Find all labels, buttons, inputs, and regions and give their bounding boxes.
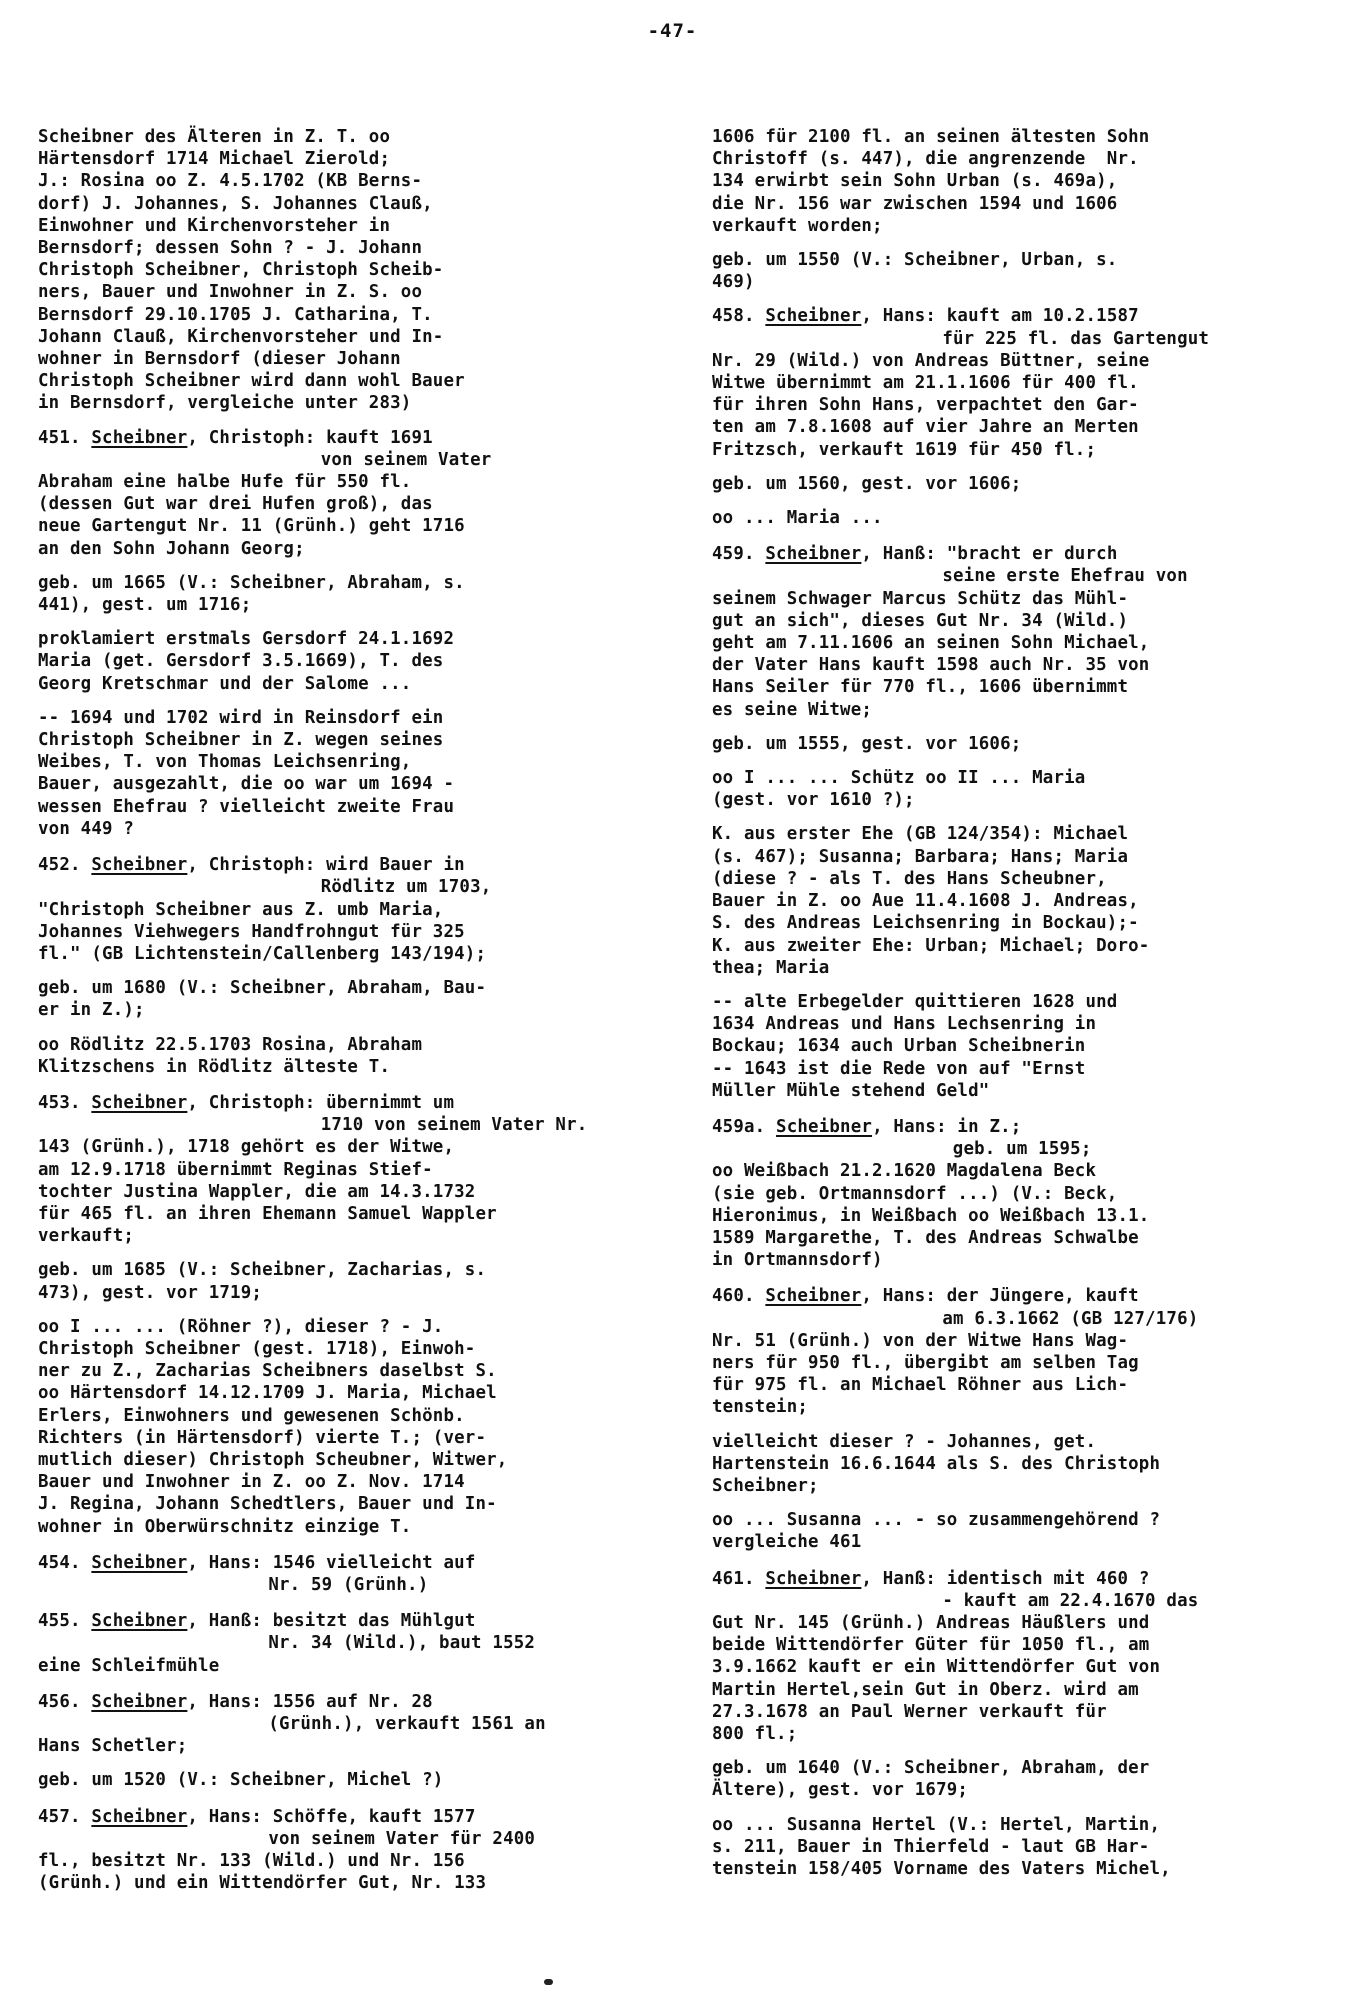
entry-heading-text: kauft am 10.2.1587 (936, 306, 1139, 326)
entry-heading-text: kauft 1691 (315, 428, 432, 448)
entry-given-name: , Hans: (872, 1117, 947, 1137)
continuation-text: geb. um 1550 (V.: Scheibner, Urban, s. 4… (712, 249, 1322, 293)
entry-indent-line: Nr. 34 (Wild.), baut 1552 (38, 1632, 638, 1654)
entry-surname: Scheibner (91, 428, 187, 448)
entry-heading-text: 1556 auf Nr. 28 (262, 1692, 433, 1712)
entry-paragraph: geb. um 1560, gest. vor 1606; (712, 473, 1322, 495)
entry-surname: Scheibner (765, 306, 861, 326)
genealogy-entry: 460. Scheibner, Hans: der Jüngere, kauft… (712, 1285, 1322, 1553)
genealogy-entry: 452. Scheibner, Christoph: wird Bauer in… (38, 854, 638, 1078)
entry-number: 461. (712, 1569, 755, 1589)
entry-number: 460. (712, 1286, 755, 1306)
genealogy-entry: 451. Scheibner, Christoph: kauft 1691von… (38, 427, 638, 840)
genealogy-entry: 459. Scheibner, Hanß: "bracht er durchse… (712, 543, 1322, 1102)
entry-number: 456. (38, 1692, 81, 1712)
genealogy-entry: 454. Scheibner, Hans: 1546 vielleicht au… (38, 1552, 638, 1596)
entry-paragraph: oo I ... ... Schütz oo II ... Maria (ges… (712, 767, 1322, 811)
entry-paragraph: oo ... Susanna Hertel (V.: Hertel, Marti… (712, 1814, 1322, 1881)
entry-number: 453. (38, 1093, 81, 1113)
entry-indent-line: geb. um 1595; (712, 1138, 1322, 1160)
genealogy-entry: 453. Scheibner, Christoph: übernimmt um1… (38, 1092, 638, 1538)
entry-heading: 461. Scheibner, Hanß: identisch mit 460 … (712, 1568, 1322, 1590)
scan-artifact-mark (544, 1979, 553, 1985)
continuation-block: 1606 für 2100 fl. an seinen ältesten Soh… (712, 126, 1322, 293)
entry-paragraph: eine Schleifmühle (38, 1655, 638, 1677)
genealogy-entry: 461. Scheibner, Hanß: identisch mit 460 … (712, 1568, 1322, 1881)
entry-surname: Scheibner (765, 544, 861, 564)
entry-heading: 459. Scheibner, Hanß: "bracht er durch (712, 543, 1322, 565)
entry-paragraph: Gut Nr. 145 (Grünh.) Andreas Häußlers un… (712, 1612, 1322, 1745)
entry-given-name: , Christoph: (187, 855, 315, 875)
entry-surname: Scheibner (91, 1093, 187, 1113)
entry-indent-line: - kauft am 22.4.1670 das (712, 1590, 1322, 1612)
entry-surname: Scheibner (91, 855, 187, 875)
entry-paragraph: proklamiert erstmals Gersdorf 24.1.1692 … (38, 628, 638, 695)
entry-heading: 455. Scheibner, Hanß: besitzt das Mühlgu… (38, 1610, 638, 1632)
entry-paragraph: geb. um 1665 (V.: Scheibner, Abraham, s.… (38, 572, 638, 616)
entry-heading: 458. Scheibner, Hans: kauft am 10.2.1587 (712, 305, 1322, 327)
entry-heading: 453. Scheibner, Christoph: übernimmt um (38, 1092, 638, 1114)
entry-number: 452. (38, 855, 81, 875)
entry-given-name: , Hans: (861, 1286, 936, 1306)
entry-surname: Scheibner (91, 1807, 187, 1827)
entry-heading: 452. Scheibner, Christoph: wird Bauer in (38, 854, 638, 876)
entry-indent-line: von seinem Vater für 2400 (38, 1828, 638, 1850)
entry-indent-line: 1710 von seinem Vater Nr. (38, 1114, 638, 1136)
entry-given-name: , Hanß: (861, 1569, 936, 1589)
entry-surname: Scheibner (91, 1692, 187, 1712)
genealogy-entry: 458. Scheibner, Hans: kauft am 10.2.1587… (712, 305, 1322, 529)
entry-paragraph: geb. um 1520 (V.: Scheibner, Michel ?) (38, 1769, 638, 1791)
entry-paragraph: Hans Schetler; (38, 1735, 638, 1757)
entry-paragraph: Nr. 29 (Wild.) von Andreas Büttner, sein… (712, 350, 1322, 461)
entry-paragraph: geb. um 1640 (V.: Scheibner, Abraham, de… (712, 1757, 1322, 1801)
entry-given-name: , Hans: (861, 306, 936, 326)
right-column: 1606 für 2100 fl. an seinen ältesten Soh… (712, 126, 1322, 1894)
entry-heading: 456. Scheibner, Hans: 1556 auf Nr. 28 (38, 1691, 638, 1713)
entry-indent-line: Rödlitz um 1703, (38, 876, 638, 898)
entry-list: 458. Scheibner, Hans: kauft am 10.2.1587… (712, 305, 1322, 1880)
entry-paragraph: vielleicht dieser ? - Johannes, get. Har… (712, 1431, 1322, 1498)
entry-heading: 451. Scheibner, Christoph: kauft 1691 (38, 427, 638, 449)
entry-given-name: , Hanß: (861, 544, 936, 564)
entry-given-name: , Christoph: (187, 428, 315, 448)
entry-number: 451. (38, 428, 81, 448)
entry-given-name: , Hans: (187, 1553, 262, 1573)
entry-number: 454. (38, 1553, 81, 1573)
entry-paragraph: fl., besitzt Nr. 133 (Wild.) und Nr. 156… (38, 1850, 638, 1894)
entry-heading: 457. Scheibner, Hans: Schöffe, kauft 157… (38, 1806, 638, 1828)
entry-heading: 459a. Scheibner, Hans: in Z.; (712, 1116, 1322, 1138)
entry-given-name: , Hans: (187, 1807, 262, 1827)
entry-indent-line: Nr. 59 (Grünh.) (38, 1574, 638, 1596)
entry-indent-line: seine erste Ehefrau von (712, 565, 1322, 587)
entry-heading: 454. Scheibner, Hans: 1546 vielleicht au… (38, 1552, 638, 1574)
entry-given-name: , Christoph: (187, 1093, 315, 1113)
entry-paragraph: oo I ... ... (Röhner ?), dieser ? - J. C… (38, 1316, 638, 1538)
entry-paragraph: K. aus erster Ehe (GB 124/354): Michael … (712, 823, 1322, 978)
entry-paragraph: geb. um 1680 (V.: Scheibner, Abraham, Ba… (38, 977, 638, 1021)
entry-number: 459. (712, 544, 755, 564)
entry-heading-text: besitzt das Mühlgut (262, 1611, 475, 1631)
entry-indent-line: (Grünh.), verkauft 1561 an (38, 1713, 638, 1735)
continuation-text: 1606 für 2100 fl. an seinen ältesten Soh… (712, 126, 1322, 237)
entry-paragraph: oo ... Maria ... (712, 507, 1322, 529)
entry-paragraph: Nr. 51 (Grünh.) von der Witwe Hans Wag- … (712, 1330, 1322, 1419)
entry-heading-text: in Z.; (947, 1117, 1022, 1137)
entry-given-name: , Hans: (187, 1692, 262, 1712)
entry-paragraph: geb. um 1555, gest. vor 1606; (712, 733, 1322, 755)
entry-number: 455. (38, 1611, 81, 1631)
entry-paragraph: Abraham eine halbe Hufe für 550 fl. (des… (38, 471, 638, 560)
entry-given-name: , Hanß: (187, 1611, 262, 1631)
continuation-text: Scheibner des Älteren in Z. T. oo Härten… (38, 126, 638, 415)
entry-paragraph: geb. um 1685 (V.: Scheibner, Zacharias, … (38, 1259, 638, 1303)
entry-heading-text: 1546 vielleicht auf (262, 1553, 475, 1573)
left-column: Scheibner des Älteren in Z. T. oo Härten… (38, 126, 638, 1908)
entry-surname: Scheibner (91, 1611, 187, 1631)
entry-list: 451. Scheibner, Christoph: kauft 1691von… (38, 427, 638, 1895)
entry-paragraph: oo Rödlitz 22.5.1703 Rosina, Abraham Kli… (38, 1034, 638, 1078)
entry-paragraph: 143 (Grünh.), 1718 gehört es der Witwe, … (38, 1136, 638, 1247)
entry-number: 458. (712, 306, 755, 326)
entry-indent-line: von seinem Vater (38, 449, 638, 471)
entry-surname: Scheibner (765, 1569, 861, 1589)
genealogy-entry: 459a. Scheibner, Hans: in Z.;geb. um 159… (712, 1116, 1322, 1271)
entry-heading-text: Schöffe, kauft 1577 (262, 1807, 475, 1827)
entry-surname: Scheibner (765, 1286, 861, 1306)
entry-paragraph: -- 1694 und 1702 wird in Reinsdorf ein C… (38, 707, 638, 840)
entry-paragraph: oo Weißbach 21.2.1620 Magdalena Beck (si… (712, 1160, 1322, 1271)
entry-surname: Scheibner (776, 1117, 872, 1137)
page-number: -47- (0, 20, 1345, 42)
entry-paragraph: seinem Schwager Marcus Schütz das Mühl- … (712, 588, 1322, 721)
entry-paragraph: -- alte Erbegelder quittieren 1628 und 1… (712, 991, 1322, 1102)
genealogy-entry: 457. Scheibner, Hans: Schöffe, kauft 157… (38, 1806, 638, 1895)
entry-indent-line: am 6.3.1662 (GB 127/176) (712, 1308, 1322, 1330)
genealogy-entry: 455. Scheibner, Hanß: besitzt das Mühlgu… (38, 1610, 638, 1677)
genealogy-entry: 456. Scheibner, Hans: 1556 auf Nr. 28(Gr… (38, 1691, 638, 1792)
entry-heading-text: wird Bauer in (315, 855, 464, 875)
entry-heading-text: identisch mit 460 ? (936, 1569, 1149, 1589)
entry-heading: 460. Scheibner, Hans: der Jüngere, kauft (712, 1285, 1322, 1307)
entry-surname: Scheibner (91, 1553, 187, 1573)
entry-heading-text: der Jüngere, kauft (936, 1286, 1139, 1306)
entry-paragraph: oo ... Susanna ... - so zusammengehörend… (712, 1509, 1322, 1553)
entry-heading-text: "bracht er durch (936, 544, 1117, 564)
entry-number: 457. (38, 1807, 81, 1827)
entry-number: 459a. (712, 1117, 765, 1137)
entry-paragraph: "Christoph Scheibner aus Z. umb Maria, J… (38, 899, 638, 966)
entry-indent-line: für 225 fl. das Gartengut (712, 328, 1322, 350)
entry-heading-text: übernimmt um (315, 1093, 454, 1113)
